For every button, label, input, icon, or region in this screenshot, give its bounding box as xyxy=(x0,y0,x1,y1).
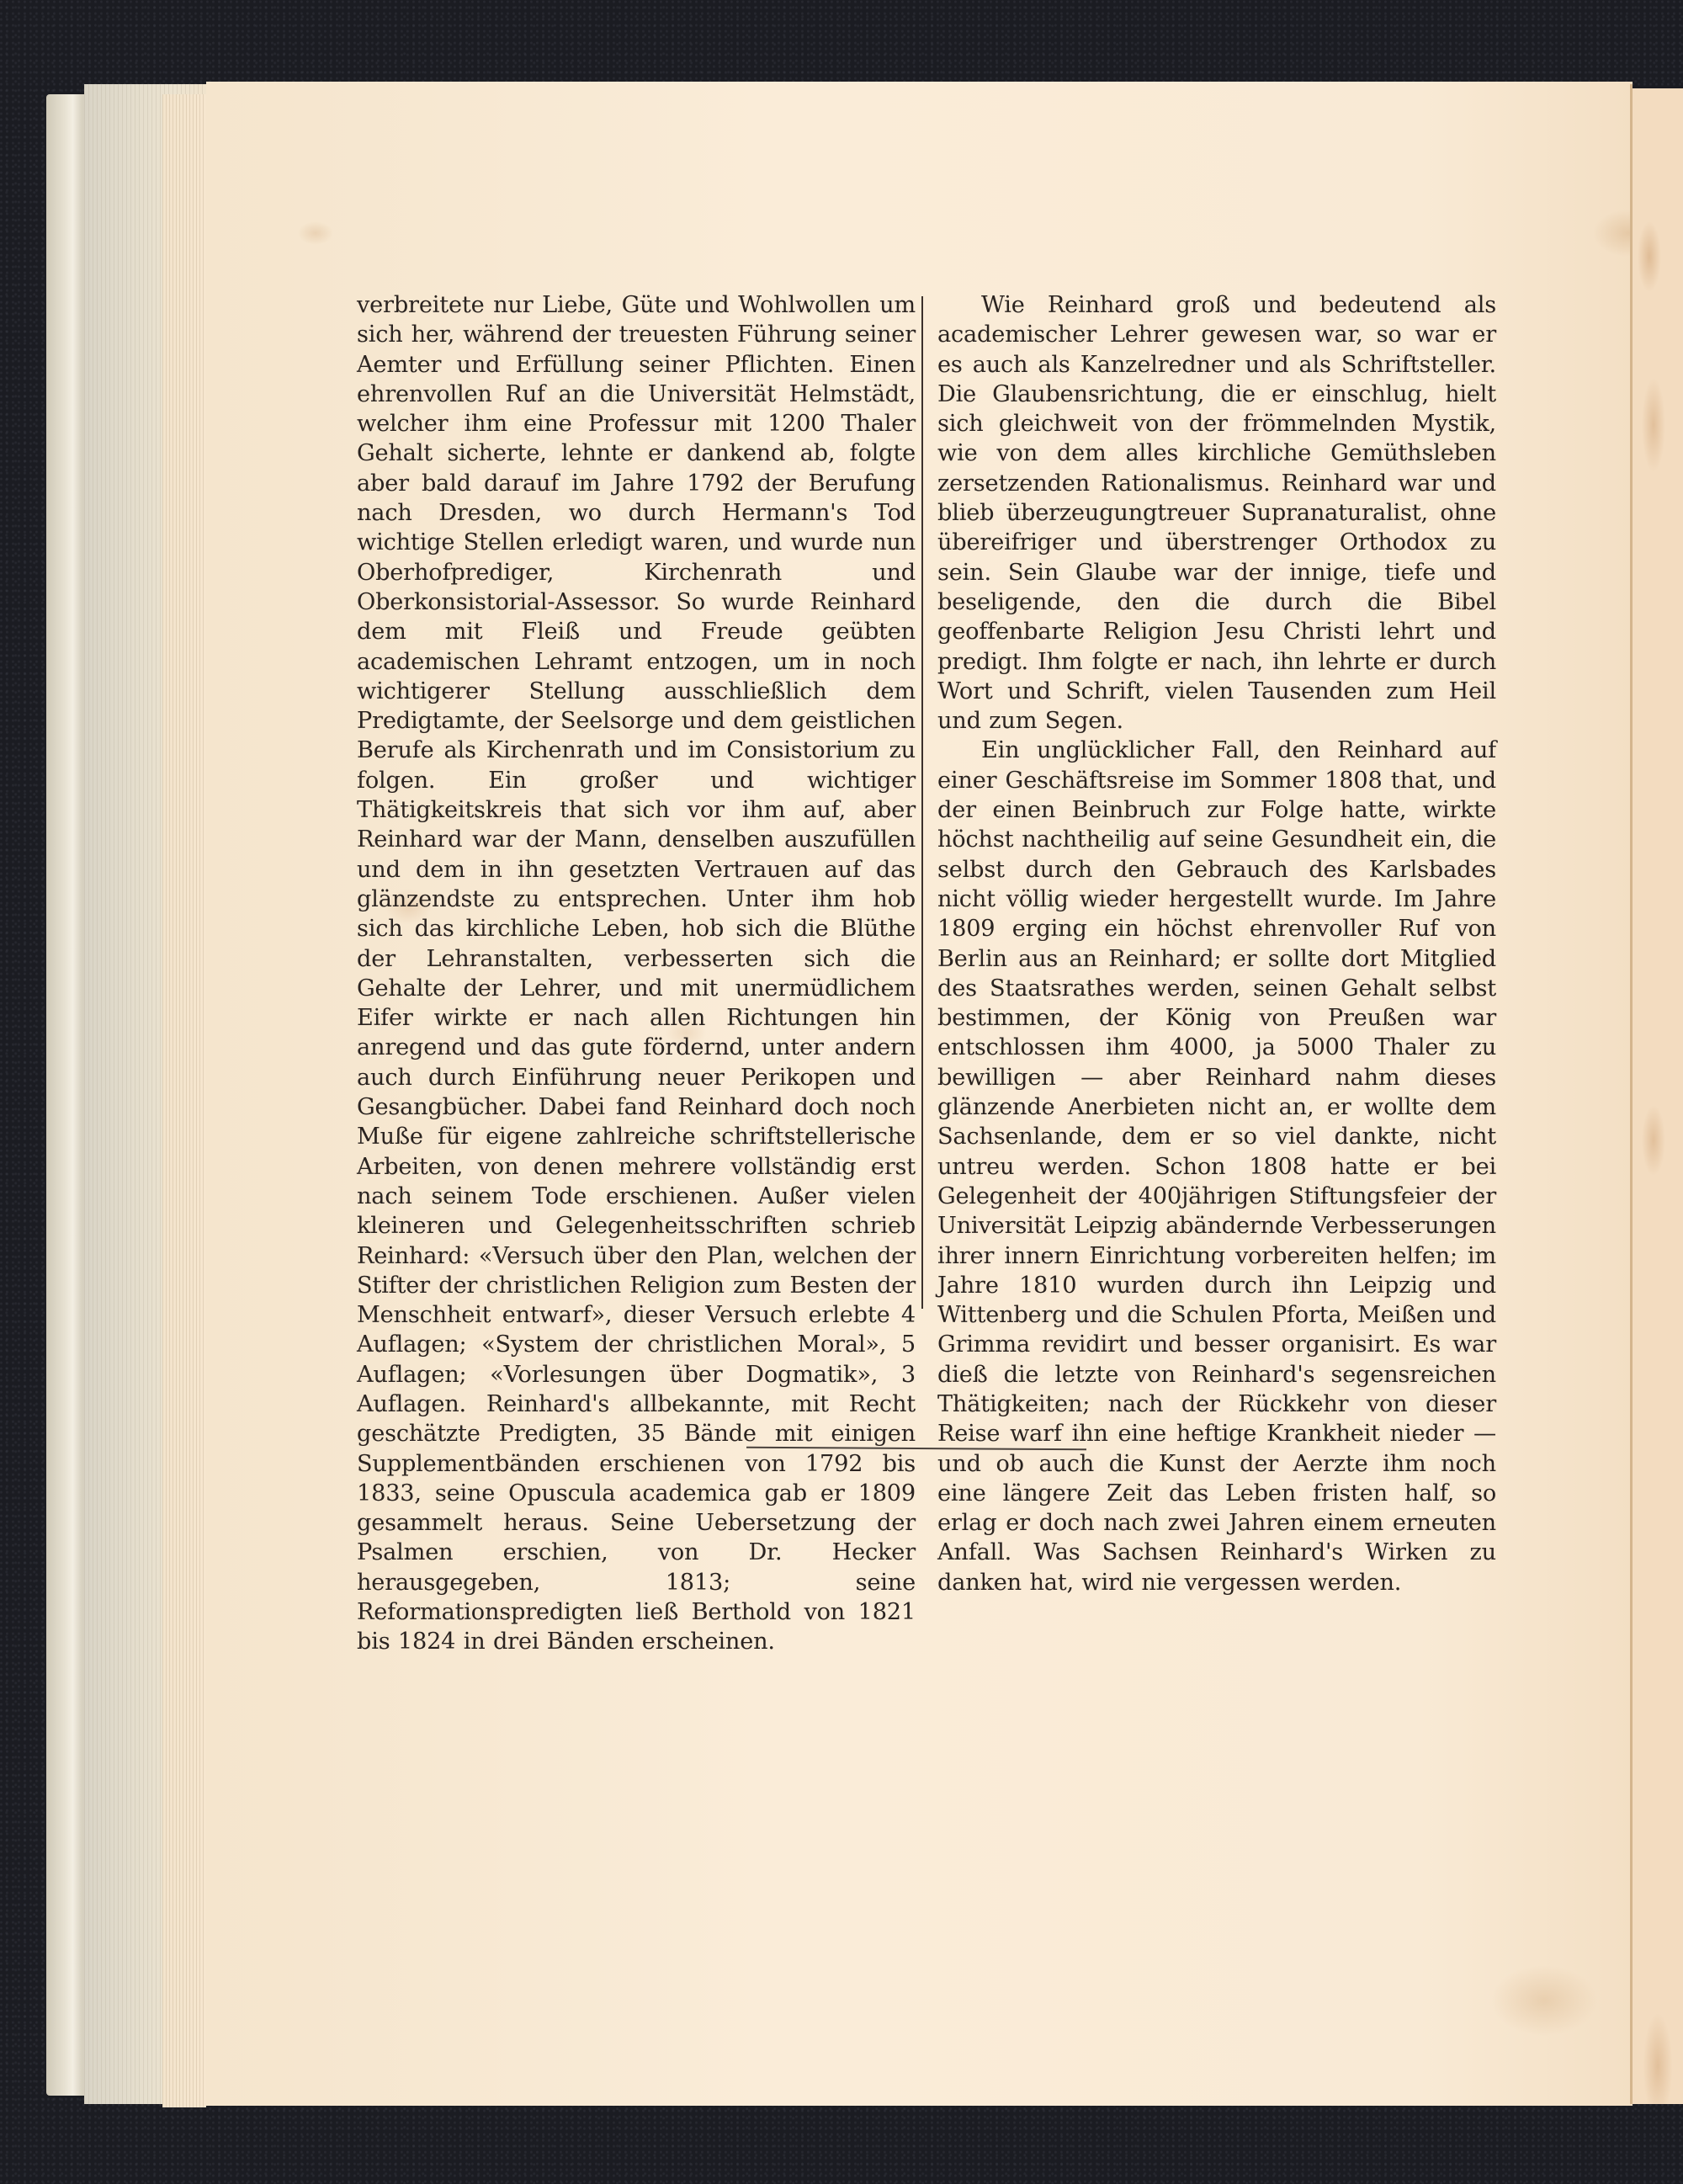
column-divider xyxy=(921,296,923,1309)
text-column-left: verbreitete nur Liebe, Güte und Wohlwoll… xyxy=(357,290,916,1657)
paragraph: Ein unglücklicher Fall, den Reinhard auf… xyxy=(937,736,1496,1597)
adjacent-page-strip xyxy=(1633,88,1683,2104)
text-column-right: Wie Reinhard groß und bedeutend als acad… xyxy=(937,290,1496,1597)
paragraph: verbreitete nur Liebe, Güte und Wohlwoll… xyxy=(357,290,916,1657)
paragraph: Wie Reinhard groß und bedeutend als acad… xyxy=(937,290,1496,736)
page-stack-inner-edge xyxy=(162,94,206,2107)
